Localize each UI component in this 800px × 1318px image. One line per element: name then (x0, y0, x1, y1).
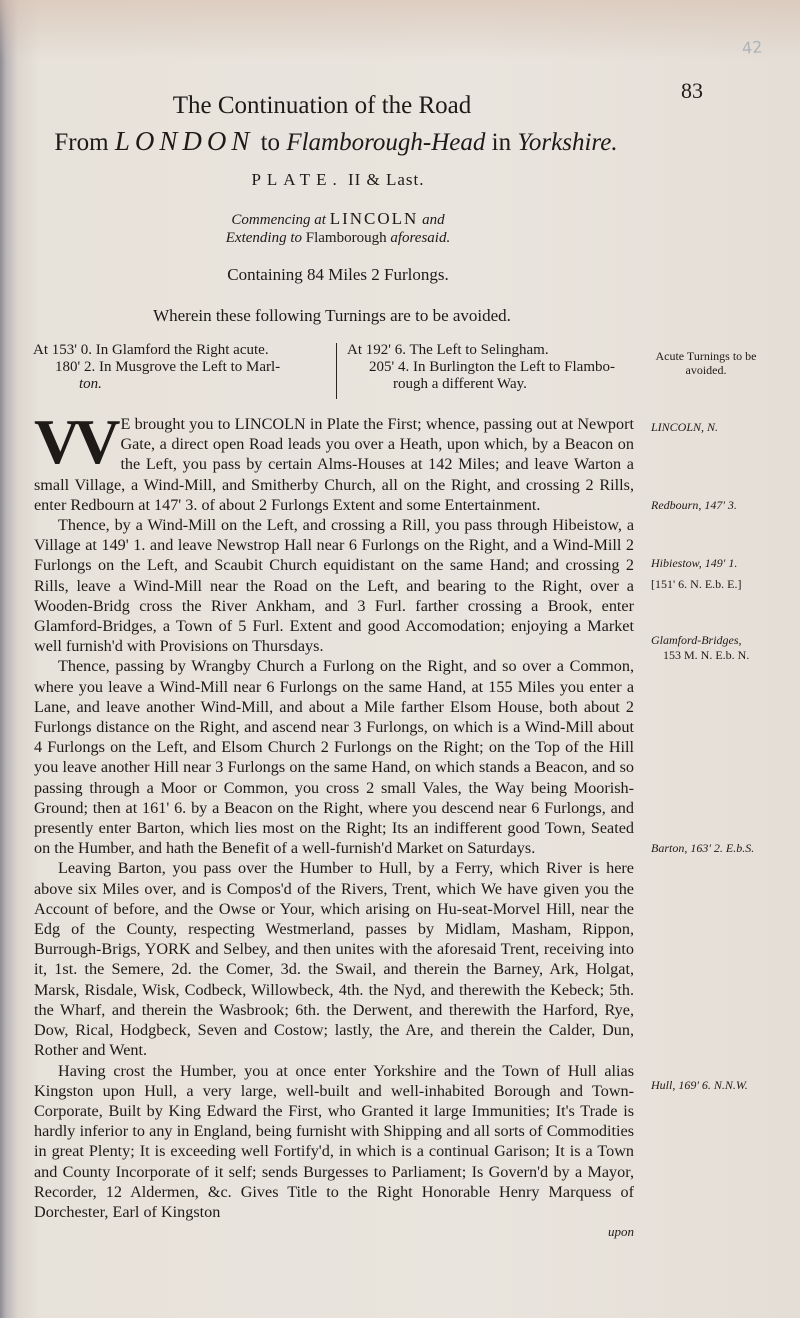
extending-line: Extending to Flamborough aforesaid. (0, 229, 738, 247)
turnings-margin-note: Acute Turnings to be avoided. (646, 349, 766, 377)
turning-entry: rough a different Way. (347, 376, 637, 393)
distance-line: Containing 84 Miles 2 Furlongs. (0, 265, 738, 285)
margin-note: Barton, 163' 2. E.b.S. (651, 841, 754, 855)
margin-note: Redbourn, 147' 3. (651, 498, 737, 512)
turning-text: In Burlington the Left to Flambo- (413, 359, 615, 375)
turning-text: ton. (79, 376, 102, 392)
paragraph: VVE brought you to LINCOLN in Plate the … (34, 414, 634, 515)
paragraph: Thence, by a Wind-Mill on the Left, and … (34, 515, 634, 656)
margin-note: [151' 6. N. E.b. E.] (651, 577, 741, 591)
turning-entry: 205' 4. In Burlington the Left to Flambo… (347, 359, 637, 376)
column-divider (336, 343, 337, 399)
commencing-block: Commencing at LINCOLN and Extending to F… (0, 210, 738, 247)
turning-text: In Glamford the Right acute. (96, 342, 269, 358)
turning-distance: 180' 2. (55, 359, 95, 375)
turning-text: The Left to Selingham. (409, 342, 548, 358)
turnings-right-column: At 192' 6. The Left to Selingham. 205' 4… (347, 342, 637, 393)
turnings-left-column: At 153' 0. In Glamford the Right acute. … (33, 342, 321, 393)
turning-entry: At 153' 0. In Glamford the Right acute. (33, 342, 321, 359)
turnings-heading: Wherein these following Turnings are to … (0, 306, 732, 326)
margin-note: Hibiestow, 149' 1. (651, 556, 737, 570)
plate-label: PLATE. (251, 170, 342, 189)
title-to: to (261, 129, 280, 156)
title-in: in (492, 129, 511, 156)
pencil-annotation: 42 (741, 37, 763, 57)
turning-text: In Musgrove the Left to Marl- (99, 359, 280, 375)
extending-prefix: Extending to (226, 230, 302, 246)
paragraph-text: E brought you to LINCOLN in Plate the Fi… (34, 415, 634, 514)
extending-suffix: aforesaid. (390, 230, 450, 246)
extending-place: Flamborough (306, 230, 387, 246)
title-line-1: The Continuation of the Road (0, 92, 722, 120)
turning-entry: 180' 2. In Musgrove the Left to Marl- (33, 359, 321, 376)
margin-note: Hull, 169' 6. N.N.W. (651, 1078, 748, 1092)
title-destination: Flamborough-Head (286, 129, 485, 156)
turning-distance: At 192' 6. (347, 342, 406, 358)
margin-note: LINCOLN, N. (651, 420, 718, 434)
plate-heading: PLATE. II & Last. (0, 170, 738, 190)
book-page: 42 83 The Continuation of the Road From … (0, 0, 800, 1318)
title-city: LONDON (115, 126, 255, 156)
catchword: upon (34, 1222, 634, 1242)
turning-entry: At 192' 6. The Left to Selingham. (347, 342, 637, 359)
title-from: From (54, 129, 108, 156)
commencing-city: LINCOLN (330, 209, 419, 228)
paragraph: Thence, passing by Wrangby Church a Furl… (34, 656, 634, 858)
paragraph: Leaving Barton, you pass over the Humber… (34, 858, 634, 1060)
margin-note: Glamford-Bridges, (651, 633, 742, 647)
turning-entry: ton. (33, 376, 321, 393)
turning-text: rough a different Way. (393, 376, 527, 392)
plate-number: II & Last. (348, 170, 425, 189)
title-county: Yorkshire. (517, 129, 617, 156)
drop-cap: VV (34, 418, 114, 466)
commencing-prefix: Commencing at (231, 212, 326, 228)
title-line-2: From LONDON to Flamborough-Head in Yorks… (0, 126, 736, 157)
turning-distance: 205' 4. (369, 359, 409, 375)
commencing-line: Commencing at LINCOLN and (0, 210, 738, 229)
commencing-and: and (422, 212, 445, 228)
turning-distance: At 153' 0. (33, 342, 92, 358)
margin-note: 153 M. N. E.b. N. (663, 648, 749, 662)
body-text: VVE brought you to LINCOLN in Plate the … (34, 414, 634, 1242)
paragraph: Having crost the Humber, you at once ent… (34, 1061, 634, 1223)
